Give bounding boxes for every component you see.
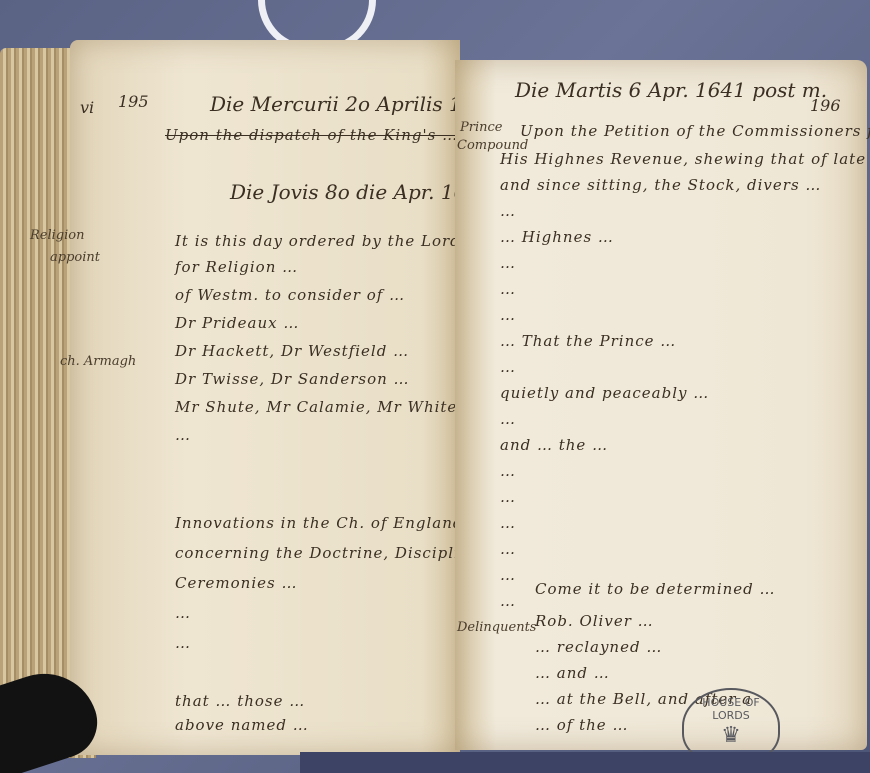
- text-line: …: [175, 426, 191, 444]
- text-line: Come it to be determined …: [535, 580, 776, 598]
- margin-note: Prince: [460, 120, 502, 135]
- margin-note: Religion: [30, 228, 84, 243]
- folio-prefix: vi: [80, 98, 94, 117]
- background-fabric: [300, 752, 870, 773]
- text-line: Dr Hackett, Dr Westfield …: [175, 342, 409, 360]
- text-line: Dr Twisse, Dr Sanderson …: [175, 370, 410, 388]
- text-line: … and …: [535, 664, 610, 682]
- text-line: quietly and peaceably …: [500, 384, 709, 402]
- text-line: …: [175, 634, 191, 652]
- text-line: Dr Prideaux …: [175, 314, 299, 332]
- heading-2: Die Jovis 8o die Apr. 1642: [230, 180, 492, 204]
- text-line: Upon the Petition of the Commissioners f…: [520, 122, 870, 140]
- text-line: …: [175, 604, 191, 622]
- text-line: It is this day ordered by the Lords …: [175, 232, 491, 250]
- margin-note: ch. Armagh: [60, 354, 136, 369]
- margin-note: Delinquents: [457, 620, 536, 635]
- text-line: that … those …: [175, 692, 305, 710]
- text-line: …: [500, 202, 516, 220]
- text-line: …: [500, 280, 516, 298]
- text-line: …: [500, 566, 516, 584]
- text-line: …: [500, 540, 516, 558]
- text-line: above named …: [175, 716, 309, 734]
- folio-number: 196: [810, 96, 841, 115]
- text-line: …: [500, 514, 516, 532]
- struck-line: Upon the dispatch of the King's …: [165, 126, 458, 144]
- text-line: His Highnes Revenue, shewing that of lat…: [500, 150, 866, 168]
- margin-note: appoint: [50, 250, 100, 265]
- text-line: …: [500, 358, 516, 376]
- text-line: for Religion …: [175, 258, 298, 276]
- right-page: Die Martis 6 Apr. 1641 post m. 196 Princ…: [455, 60, 867, 750]
- text-line: and since sitting, the Stock, divers …: [500, 176, 821, 194]
- text-line: …: [500, 254, 516, 272]
- text-line: … of the …: [535, 716, 628, 734]
- heading: Die Martis 6 Apr. 1641 post m.: [515, 78, 827, 102]
- folio-number: 195: [118, 92, 149, 111]
- text-line: Mr Shute, Mr Calamie, Mr White …: [175, 398, 479, 416]
- text-line: of Westm. to consider of …: [175, 286, 405, 304]
- text-line: and … the …: [500, 436, 608, 454]
- text-line: … That the Prince …: [500, 332, 676, 350]
- text-line: …: [500, 488, 516, 506]
- crown-icon: ♛: [684, 724, 778, 748]
- open-book: vi 195 Die Mercurii 2o Aprilis 1642 Upon…: [0, 18, 870, 773]
- text-line: Ceremonies …: [175, 574, 297, 592]
- text-line: …: [500, 410, 516, 428]
- text-line: Rob. Oliver …: [535, 612, 654, 630]
- text-line: …: [500, 306, 516, 324]
- text-line: … Highnes …: [500, 228, 614, 246]
- text-line: Innovations in the Ch. of England: [175, 514, 463, 532]
- text-line: …: [500, 592, 516, 610]
- text-line: … reclayned …: [535, 638, 662, 656]
- stamp-text: HOUSE OF LORDS: [684, 696, 778, 722]
- left-page: vi 195 Die Mercurii 2o Aprilis 1642 Upon…: [70, 40, 460, 755]
- text-line: …: [500, 462, 516, 480]
